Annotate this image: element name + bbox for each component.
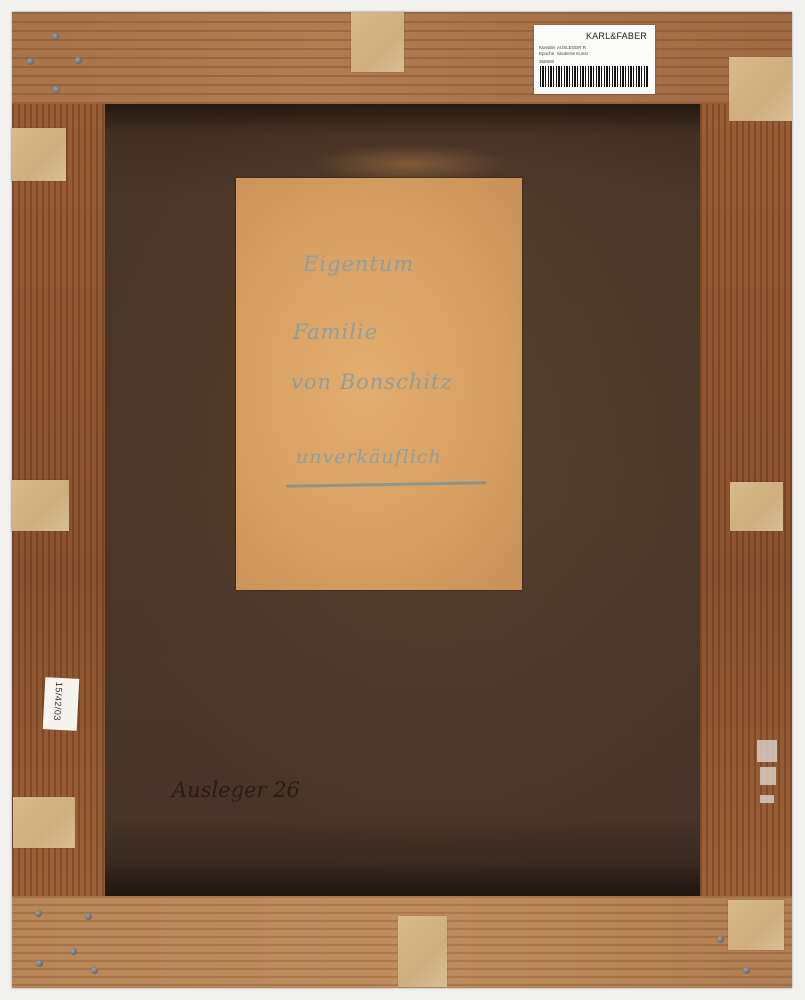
nail-icon	[35, 910, 42, 917]
label-row-epoch: Epoche Moderne Kunst	[539, 51, 588, 56]
tape-top-center	[351, 12, 404, 72]
label-row-artist: Künstler AUSLEGER R	[539, 45, 586, 50]
tape-top-right	[729, 57, 792, 121]
paint-spot	[757, 740, 777, 762]
label-key: Künstler	[539, 45, 556, 50]
canvas-top-shadow	[105, 104, 700, 134]
tape-bottom-center	[398, 916, 447, 987]
note-line-3: von Bonschitz	[291, 370, 453, 394]
tape-left-middle	[11, 480, 69, 531]
nail-icon	[75, 57, 82, 64]
note-line-1: Eigentum	[303, 252, 414, 276]
nail-icon	[85, 913, 92, 920]
paint-spot	[760, 795, 774, 803]
note-line-4: unverkäuflich	[296, 446, 442, 468]
artist-signature: Ausleger 26	[172, 778, 300, 802]
canvas-bottom-shadow	[105, 864, 700, 896]
tape-right-middle	[730, 482, 783, 531]
nail-icon	[70, 948, 77, 955]
paint-spot	[760, 767, 776, 785]
tape-left-bottom	[13, 797, 75, 848]
nail-icon	[743, 967, 750, 974]
nail-icon	[717, 936, 724, 943]
tape-left-top	[11, 128, 66, 181]
label-key: Epoche	[539, 51, 556, 56]
inventory-number: 15/42/03	[52, 682, 64, 722]
nail-icon	[36, 960, 43, 967]
note-line-2: Familie	[293, 320, 378, 344]
nail-icon	[91, 967, 98, 974]
nail-icon	[27, 58, 34, 65]
tape-bottom-right	[728, 900, 784, 950]
inventory-label: 15/42/03	[43, 677, 80, 731]
nail-icon	[53, 86, 60, 93]
barcode-icon	[540, 66, 648, 87]
label-number: 358500	[539, 59, 554, 64]
auction-house-label: KARL&FABER Künstler AUSLEGER R Epoche Mo…	[534, 25, 655, 94]
nail-icon	[52, 33, 59, 40]
label-value: Moderne Kunst	[557, 51, 588, 56]
label-value: AUSLEGER R	[557, 45, 586, 50]
auction-brand: KARL&FABER	[586, 31, 647, 41]
